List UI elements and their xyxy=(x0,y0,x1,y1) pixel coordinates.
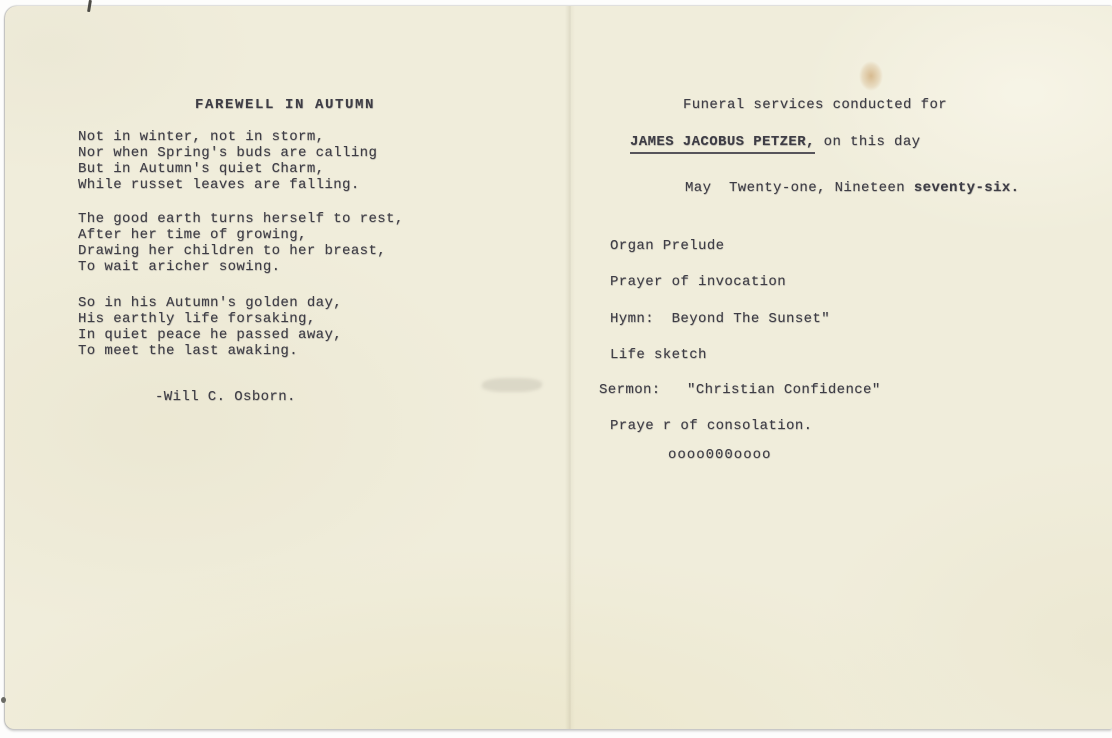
poem-stanza-1: Not in winter, not in storm, Nor when Sp… xyxy=(78,129,377,193)
poem-line: Not in winter, not in storm, xyxy=(78,129,377,145)
poem-stanza-3: So in his Autumn's golden day, His earth… xyxy=(78,295,342,359)
poem-line: To wait aricher sowing. xyxy=(78,259,404,275)
poem-line: To meet the last awaking. xyxy=(78,343,342,359)
service-heading: Funeral services conducted for xyxy=(683,97,947,113)
fold-crease xyxy=(565,6,575,729)
ink-ghost-smudge xyxy=(481,378,543,392)
service-item-hymn: Hymn: Beyond The Sunset" xyxy=(610,311,830,327)
poem-line: After her time of growing, xyxy=(78,227,404,243)
poem-line: Nor when Spring's buds are calling xyxy=(78,145,377,161)
poem-line: In quiet peace he passed away, xyxy=(78,327,342,343)
name-line-suffix: on this day xyxy=(815,134,921,150)
service-item-sermon: Sermon: "Christian Confidence" xyxy=(599,382,881,398)
poem-line: So in his Autumn's golden day, xyxy=(78,295,342,311)
poem-attribution: -Will C. Osborn. xyxy=(155,389,296,405)
deceased-name-line: JAMES JACOBUS PETZER, on this day xyxy=(630,134,920,150)
service-item-prayer-consolation: Praye r of consolation. xyxy=(610,418,812,434)
poem-title: FAREWELL IN AUTUMN xyxy=(195,97,375,113)
service-date-prefix: May Twenty-one, Nineteen xyxy=(685,180,914,196)
poem-line: The good earth turns herself to rest, xyxy=(78,211,404,227)
poem-stanza-2: The good earth turns herself to rest, Af… xyxy=(78,211,404,275)
funeral-program-page: FAREWELL IN AUTUMN Not in winter, not in… xyxy=(5,6,1112,729)
poem-line: But in Autumn's quiet Charm, xyxy=(78,161,377,177)
service-item-prayer-invocation: Prayer of invocation xyxy=(610,274,786,290)
service-item-organ-prelude: Organ Prelude xyxy=(610,238,724,254)
scan-artifact-left-dot xyxy=(1,697,6,703)
poem-line: His earthly life forsaking, xyxy=(78,311,342,327)
service-date-emphasis: seventy-six. xyxy=(914,180,1020,196)
service-item-life-sketch: Life sketch xyxy=(610,347,707,363)
poem-line: Drawing her children to her breast, xyxy=(78,243,404,259)
service-date: May Twenty-one, Nineteen seventy-six. xyxy=(685,180,1019,196)
scan-background: FAREWELL IN AUTUMN Not in winter, not in… xyxy=(0,0,1112,738)
ornament-divider: oooo000oooo xyxy=(668,447,771,463)
deceased-name: JAMES JACOBUS PETZER, xyxy=(630,134,815,154)
poem-line: While russet leaves are falling. xyxy=(78,177,377,193)
